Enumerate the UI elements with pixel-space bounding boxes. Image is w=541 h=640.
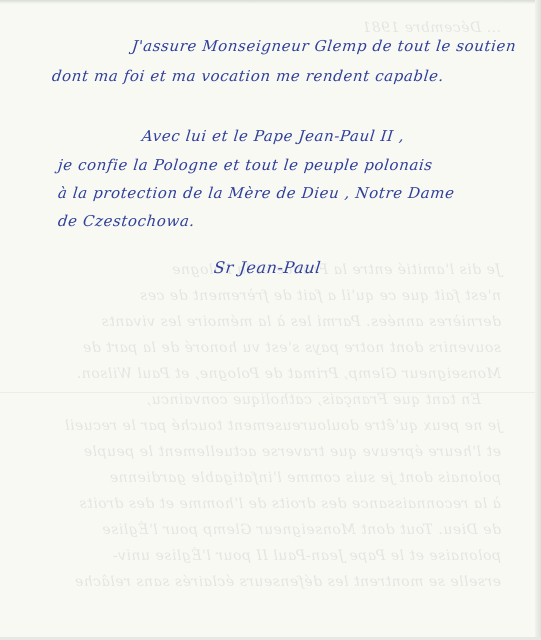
bleed-through-line: souvenirs dont notre pays s'est vu honor… — [82, 340, 501, 356]
signature: Sr Jean-Paul — [213, 258, 322, 277]
bleed-through-line: à la reconnaissance des droits de l'homm… — [79, 496, 501, 512]
bleed-through-line: dernières années. Parmi les à la mémoire… — [101, 314, 501, 330]
letter-line: dont ma foi et ma vocation me rendent ca… — [51, 67, 445, 85]
bleed-through-line: Monseigneur Glemp, Primat de Pologne, et… — [76, 366, 501, 382]
paper-fold-line — [0, 392, 541, 393]
bleed-through-line: de Dieu. Tout dont Monseigneur Glemp pou… — [102, 522, 501, 538]
letter-line: de Czestochowa. — [57, 212, 196, 230]
bleed-through-line: je ne peux qu'être douloureusement touch… — [65, 418, 501, 434]
bleed-through-line: erselle se montrent les défenseurs éclai… — [74, 574, 501, 590]
scan-right-edge — [535, 0, 541, 640]
letter-line: Avec lui et le Pape Jean-Paul II , — [141, 127, 405, 145]
bleed-through-line: et l'heure épreuve que traverse actuelle… — [83, 444, 501, 460]
letter-line: J'assure Monseigneur Glemp de tout le so… — [131, 37, 517, 55]
bleed-through-line: polonaise et le Pape Jean-Paul II pour l… — [112, 548, 501, 564]
bleed-through-line: n'est fait que ce qu'il a fait de frèrem… — [140, 288, 501, 304]
letter-page: ... Décembre 1981 Je dis l'amitié entre … — [0, 0, 541, 640]
bleed-through-date: ... Décembre 1981 — [362, 20, 501, 36]
scan-top-shadow — [0, 0, 541, 4]
letter-line: je confie la Pologne et tout le peuple p… — [57, 156, 434, 174]
bleed-through-text: ... Décembre 1981 Je dis l'amitié entre … — [0, 0, 541, 640]
letter-line: à la protection de la Mère de Dieu , Not… — [57, 184, 456, 202]
bleed-through-line: En tant que Français, catholique convain… — [146, 392, 481, 408]
bleed-through-line: polonais dont je suis comme l'infatigabl… — [109, 470, 501, 486]
